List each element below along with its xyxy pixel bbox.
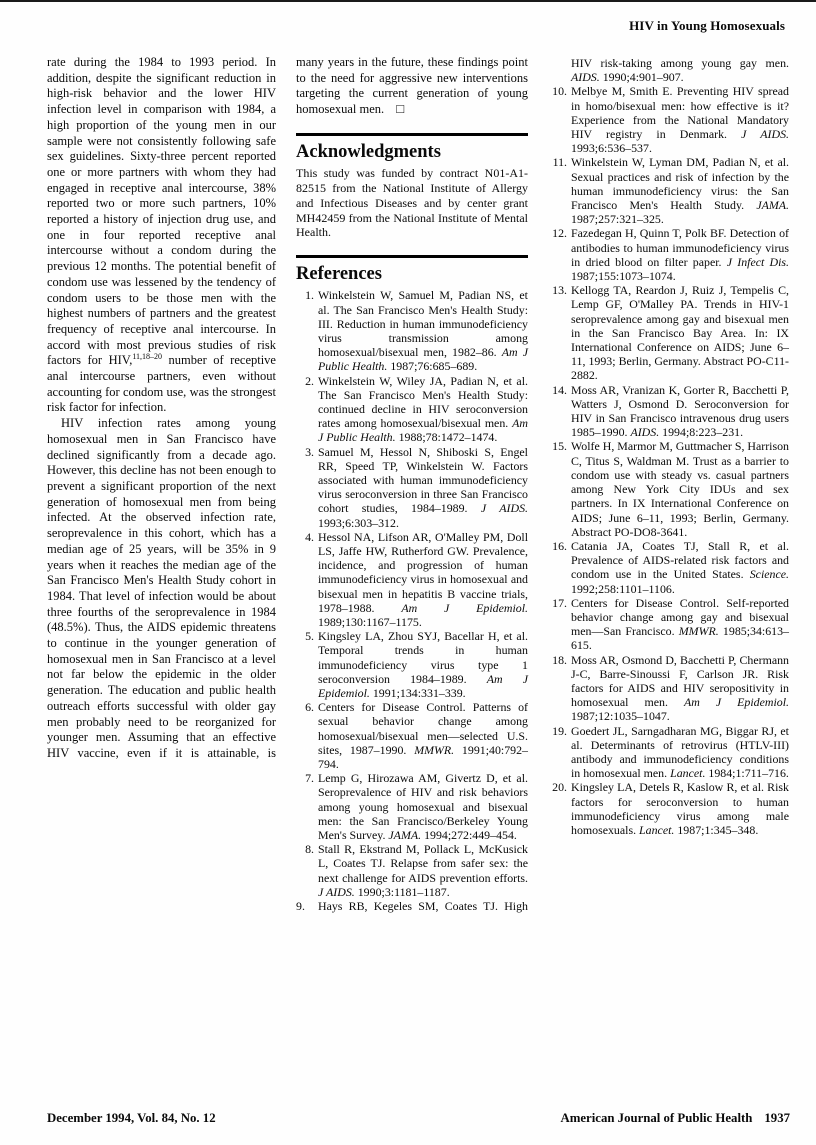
reference-text: Samuel M, Hessol N, Shiboski S, Engel RR… [318,445,528,530]
references-heading: References [296,264,528,285]
reference-item: 11.Winkelstein W, Lyman DM, Padian N, et… [549,155,789,226]
reference-item: 19.Goedert JL, Sarngadharan MG, Biggar R… [549,724,789,781]
reference-text: Stall R, Ekstrand M, Pollack L, McKusick… [318,842,528,899]
column-3: HIV risk-taking among young gay men. AID… [549,55,789,837]
reference-number: 4. [296,530,314,544]
reference-number: 10. [549,84,567,98]
acknowledgments-section: Acknowledgments This study was funded by… [296,133,528,241]
footer-page-number: 1937 [764,1111,790,1125]
journal-page: HIV in Young Homosexuals rate during the… [0,0,816,1145]
page-top-edge [0,0,816,2]
reference-number: 19. [549,724,567,738]
acknowledgments-heading: Acknowledgments [296,142,528,163]
reference-number: 20. [549,780,567,794]
reference-item: 12.Fazedegan H, Quinn T, Polk BF. Detect… [549,226,789,283]
reference-text: Wolfe H, Marmor M, Guttmacher S, Harriso… [571,439,789,538]
reference-text: Lemp G, Hirozawa AM, Givertz D, et al. S… [318,771,528,842]
reference-number: 17. [549,596,567,610]
reference-number: 18. [549,653,567,667]
reference-number: 7. [296,771,314,785]
reference-number: 2. [296,374,314,388]
reference-item: 10.Melbye M, Smith E. Preventing HIV spr… [549,84,789,155]
reference-item: 9.Hays RB, Kegeles SM, Coates TJ. High [296,899,528,913]
column-1-text: rate during the 1984 to 1993 period. In … [47,55,276,762]
reference-item: 17.Centers for Disease Control. Self-rep… [549,596,789,653]
reference-item: 5.Kingsley LA, Zhou SYJ, Bacellar H, et … [296,629,528,700]
footer-journal-line: American Journal of Public Health1937 [560,1111,790,1126]
reference-number: 11. [549,155,567,169]
reference-text: Hays RB, Kegeles SM, Coates TJ. High [318,899,528,913]
reference-text: Kingsley LA, Detels R, Kaslow R, et al. … [571,780,789,837]
reference-text: Kingsley LA, Zhou SYJ, Bacellar H, et al… [318,629,528,700]
reference-text: Melbye M, Smith E. Preventing HIV spread… [571,84,789,155]
reference-number: 5. [296,629,314,643]
reference-text: Winkelstein W, Samuel M, Padian NS, et a… [318,288,528,373]
reference-item: 14.Moss AR, Vranizan K, Gorter R, Bacche… [549,383,789,440]
reference-text: Moss AR, Vranizan K, Gorter R, Bacchetti… [571,383,789,440]
reference-number: 12. [549,226,567,240]
reference-text: HIV risk-taking among young gay men. AID… [571,56,789,84]
section-rule [296,133,528,136]
reference-text: Hessol NA, Lifson AR, O'Malley PM, Doll … [318,530,528,629]
reference-item: 3.Samuel M, Hessol N, Shiboski S, Engel … [296,445,528,530]
reference-continuation: HIV risk-taking among young gay men. AID… [549,56,789,84]
reference-text: Winkelstein W, Wiley JA, Padian N, et al… [318,374,528,445]
reference-item: 8.Stall R, Ekstrand M, Pollack L, McKusi… [296,842,528,899]
reference-item: 6.Centers for Disease Control. Patterns … [296,700,528,771]
reference-text: Winkelstein W, Lyman DM, Padian N, et al… [571,155,789,226]
reference-text: Catania JA, Coates TJ, Stall R, et al. P… [571,539,789,596]
reference-item: 4.Hessol NA, Lifson AR, O'Malley PM, Dol… [296,530,528,629]
footer-journal-name: American Journal of Public Health [560,1111,752,1125]
body-paragraph: rate during the 1984 to 1993 period. In … [47,55,276,416]
reference-number: 16. [549,539,567,553]
reference-item: 16.Catania JA, Coates TJ, Stall R, et al… [549,539,789,596]
reference-number: 9. [296,899,314,913]
reference-item: 18.Moss AR, Osmond D, Bacchetti P, Cherm… [549,653,789,724]
reference-item: 13.Kellogg TA, Reardon J, Ruiz J, Tempel… [549,283,789,382]
reference-number: 15. [549,439,567,453]
reference-number: 14. [549,383,567,397]
footer-issue: December 1994, Vol. 84, No. 12 [47,1111,216,1126]
reference-text: Centers for Disease Control. Self-report… [571,596,789,653]
reference-number: 13. [549,283,567,297]
section-rule [296,255,528,258]
reference-item: 2.Winkelstein W, Wiley JA, Padian N, et … [296,374,528,445]
reference-number: 1. [296,288,314,302]
running-head: HIV in Young Homosexuals [629,18,785,34]
body-paragraph: HIV infection rates among young homosexu… [47,416,276,761]
acknowledgments-text: This study was funded by contract N01-A1… [296,166,528,241]
reference-item: 1.Winkelstein W, Samuel M, Padian NS, et… [296,288,528,373]
reference-text: Centers for Disease Control. Patterns of… [318,700,528,771]
references-section: References 1.Winkelstein W, Samuel M, Pa… [296,255,528,913]
reference-text: Goedert JL, Sarngadharan MG, Biggar RJ, … [571,724,789,781]
reference-number: 8. [296,842,314,856]
reference-text: Moss AR, Osmond D, Bacchetti P, Chermann… [571,653,789,724]
column-2: many years in the future, these findings… [296,55,528,913]
column-2-continuation-paragraph: many years in the future, these findings… [296,55,528,118]
reference-item: 20.Kingsley LA, Detels R, Kaslow R, et a… [549,780,789,837]
reference-number: 3. [296,445,314,459]
references-list-col3: HIV risk-taking among young gay men. AID… [549,56,789,837]
reference-item: 7.Lemp G, Hirozawa AM, Givertz D, et al.… [296,771,528,842]
references-list-col2: 1.Winkelstein W, Samuel M, Padian NS, et… [296,288,528,913]
reference-text: Kellogg TA, Reardon J, Ruiz J, Tempelis … [571,283,789,382]
reference-item: 15.Wolfe H, Marmor M, Guttmacher S, Harr… [549,439,789,538]
reference-number: 6. [296,700,314,714]
reference-text: Fazedegan H, Quinn T, Polk BF. Detection… [571,226,789,283]
